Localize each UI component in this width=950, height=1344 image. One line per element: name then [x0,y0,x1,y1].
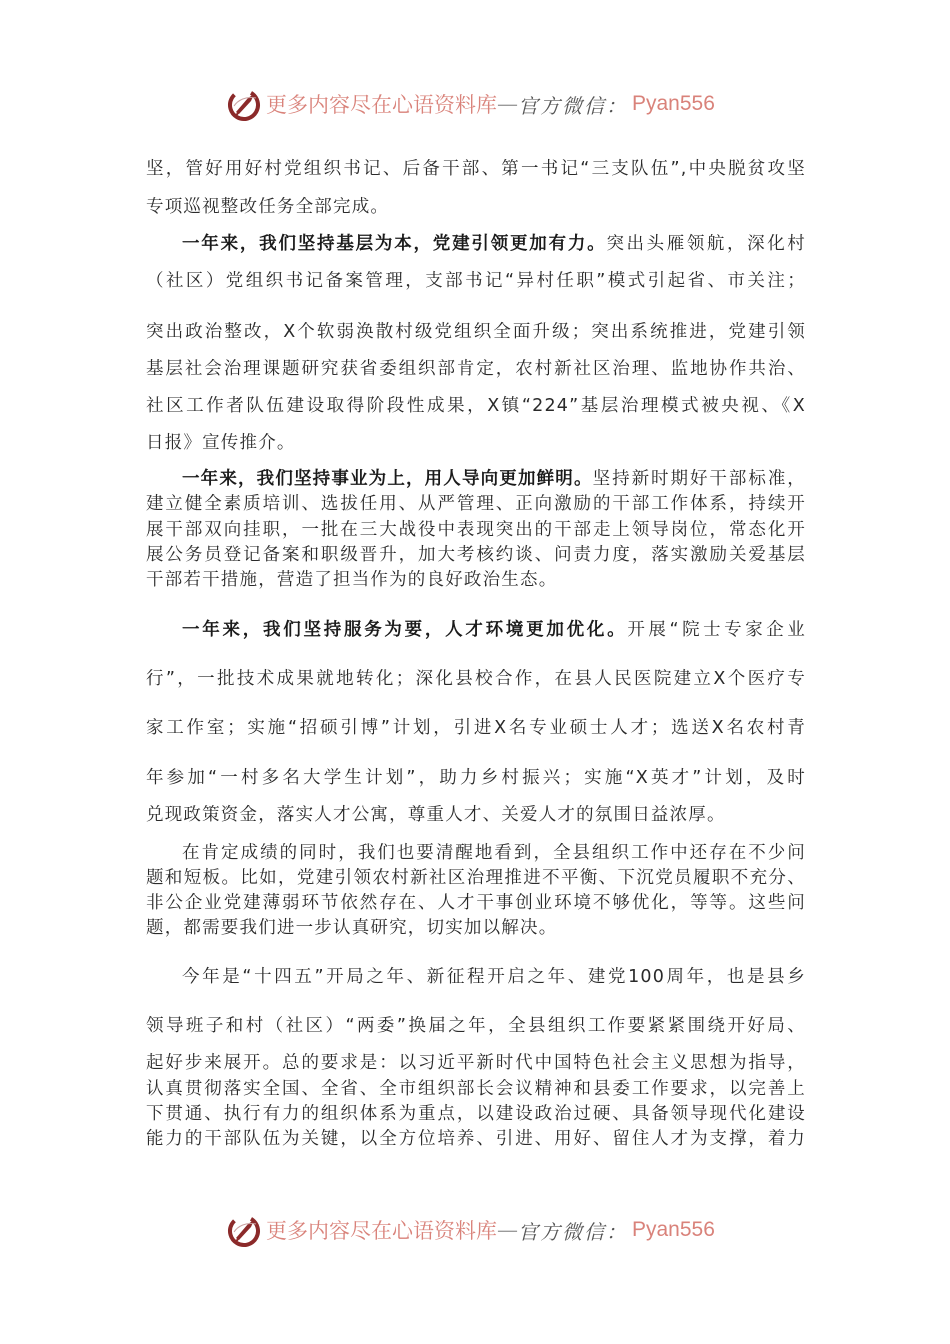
doc-line: 领导班子和村（社区）“两委”换届之年，全县组织工作要紧紧围绕开好局、 [146,1014,806,1038]
doc-line: 家工作室；实施“招硕引博”计划，引进X名专业硕士人才；选送X名农村青 [146,716,806,740]
doc-line: 干部若干措施，营造了担当作为的良好政治生态。 [146,568,806,592]
doc-line: 认真贯彻落实全国、全省、全市组织部长会议精神和县委工作要求，以完善上 [146,1077,806,1101]
banner-main-text: 更多内容尽在心语资料库 [266,1215,497,1245]
doc-line: 建立健全素质培训、选拔任用、从严管理、正向激励的干部工作体系，持续开 [146,492,806,516]
quill-pen-circle-icon [226,86,262,122]
doc-line: 社区工作者队伍建设取得阶段性成果，X镇“224”基层治理模式被央视、《X [146,394,806,418]
doc-line-lead: 一年来，我们坚持基层为本，党建引领更加有力。突出头雁领航，深化村 [146,232,806,256]
paragraph-lead: 一年来，我们坚持基层为本，党建引领更加有力。 [182,234,606,254]
doc-line: 展公务员登记备案和职级晋升，加大考核约谈、问责力度，落实激励关爱基层 [146,543,806,567]
banner-wechat-label: 官方微信： [518,1216,628,1245]
doc-line: 年参加“一村多名大学生计划”，助力乡村振兴；实施“X英才”计划，及时 [146,766,806,790]
doc-line-lead: 一年来，我们坚持事业为上，用人导向更加鲜明。坚持新时期好干部标准， [146,467,806,491]
doc-line: 兑现政策资金，落实人才公寓，尊重人才、关爱人才的氛围日益浓厚。 [146,803,806,827]
paragraph-lead: 一年来，我们坚持服务为要，人才环境更加优化。 [182,620,627,640]
banner-dash: — [497,92,518,116]
doc-line: 能力的干部队伍为关键，以全方位培养、引进、用好、留住人才为支撑，着力 [146,1127,806,1151]
doc-line: 专项巡视整改任务全部完成。 [146,195,806,219]
banner-dash: — [497,1218,518,1242]
doc-line: 行”，一批技术成果就地转化；深化县校合作，在县人民医院建立X个医疗专 [146,667,806,691]
banner-main-text: 更多内容尽在心语资料库 [266,89,497,119]
header-banner: 更多内容尽在心语资料库 — 官方微信： Pyan556 [226,84,715,124]
doc-line-lead: 一年来，我们坚持服务为要，人才环境更加优化。开展“院士专家企业 [146,618,806,642]
doc-line: 基层社会治理课题研究获省委组织部肯定，农村新社区治理、监地协作共治、 [146,357,806,381]
doc-line: 题，都需要我们进一步认真研究，切实加以解决。 [146,916,806,940]
banner-wechat-id: Pyan556 [632,92,715,116]
footer-banner: 更多内容尽在心语资料库 — 官方微信： Pyan556 [226,1210,715,1250]
doc-line: 坚，管好用好村党组织书记、后备干部、第一书记“三支队伍”,中央脱贫攻坚 [146,157,806,181]
doc-line: 在肯定成绩的同时，我们也要清醒地看到，全县组织工作中还存在不少问 [146,841,806,865]
quill-pen-circle-icon [226,1212,262,1248]
doc-line: 日报》宣传推介。 [146,431,806,455]
banner-wechat-label: 官方微信： [518,90,628,119]
doc-line: （社区）党组织书记备案管理，支部书记“异村任职”模式引起省、市关注； [146,269,806,293]
doc-line: 非公企业党建薄弱环节依然存在、人才干事创业环境不够优化，等等。这些问 [146,891,806,915]
paragraph-lead: 一年来，我们坚持事业为上，用人导向更加鲜明。 [182,469,593,489]
banner-wechat-id: Pyan556 [632,1218,715,1242]
doc-line: 起好步来展开。总的要求是：以习近平新时代中国特色社会主义思想为指导， [146,1051,806,1075]
doc-line: 题和短板。比如，党建引领农村新社区治理推进不平衡、下沉党员履职不充分、 [146,866,806,890]
doc-line: 展干部双向挂职，一批在三大战役中表现突出的干部走上领导岗位，常态化开 [146,518,806,542]
doc-line: 下贯通、执行有力的组织体系为重点，以建设政治过硬、具备领导现代化建设 [146,1102,806,1126]
doc-line: 突出政治整改，X个软弱涣散村级党组织全面升级；突出系统推进，党建引领 [146,320,806,344]
doc-line: 今年是“十四五”开局之年、新征程开启之年、建党100周年，也是县乡 [146,965,806,989]
